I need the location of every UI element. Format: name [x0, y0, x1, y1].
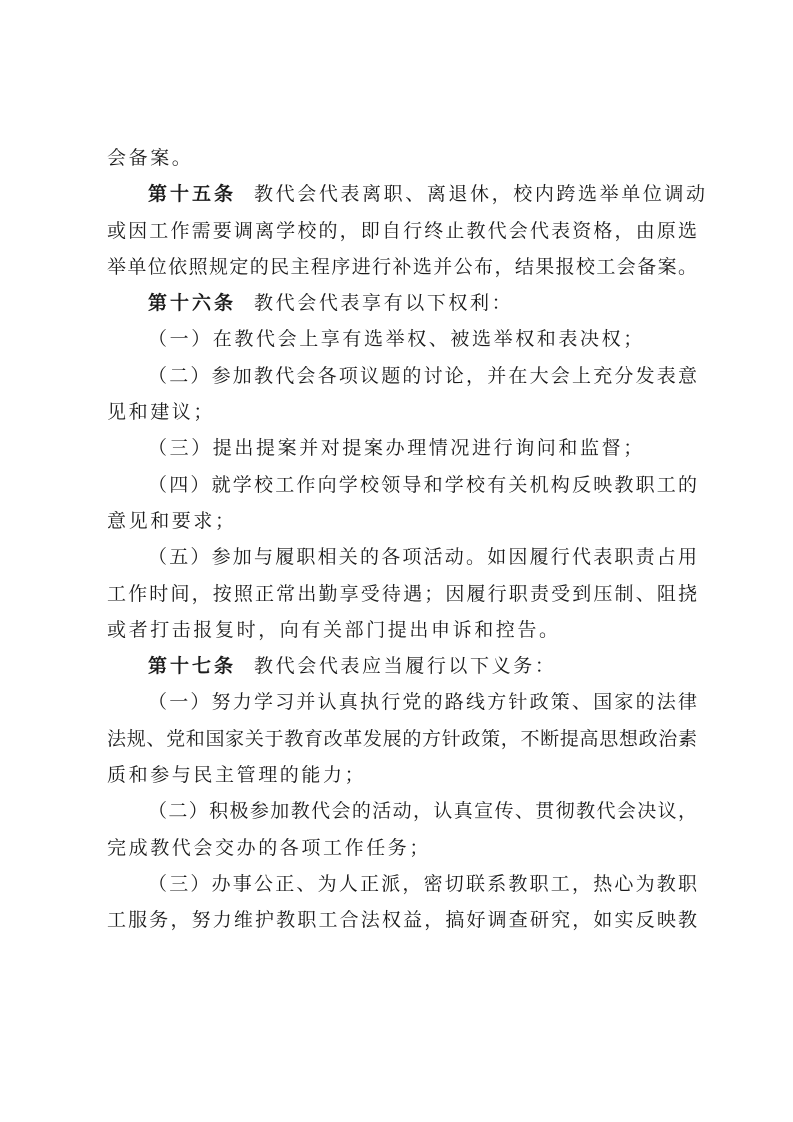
line-text: 或因工作需要调离学校的，即自行终止教代会代表资格，由原选 — [107, 213, 697, 249]
line-text: 质和参与民主管理的能力； — [107, 764, 366, 786]
list-item: （一）努力学习并认真执行党的路线方针政策、国家的法律 — [107, 684, 697, 720]
line-text: 教代会代表应当履行以下义务： — [254, 655, 556, 677]
list-item: （四）就学校工作向学校领导和学校有关机构反映教职工的 — [107, 467, 697, 503]
text-line: 见和建议； — [107, 394, 697, 430]
line-text: （一）努力学习并认真执行党的路线方针政策、国家的法律 — [148, 684, 697, 720]
line-text: （四）就学校工作向学校领导和学校有关机构反映教职工的 — [148, 467, 697, 503]
list-item: （一）在教代会上享有选举权、被选举权和表决权； — [107, 321, 697, 357]
list-item: （二）参加教代会各项议题的讨论，并在大会上充分发表意 — [107, 358, 697, 394]
article-15-line: 第十五条教代会代表离职、离退休，校内跨选举单位调动 — [107, 176, 697, 212]
line-text: 法规、党和国家关于教育改革发展的方针政策，不断提高思想政治素 — [107, 721, 697, 757]
list-item: （二）积极参加教代会的活动，认真宣传、贯彻教代会决议， — [107, 793, 697, 829]
line-text: 工作时间，按照正常出勤享受待遇；因履行职责受到压制、阻挠 — [107, 576, 697, 612]
line-text: 举单位依照规定的民主程序进行补选并公布，结果报校工会备案。 — [107, 249, 697, 285]
list-item: （五）参加与履职相关的各项活动。如因履行代表职责占用 — [107, 539, 697, 575]
article-heading: 第十七条 — [148, 655, 236, 677]
article-heading: 第十五条 — [148, 183, 236, 205]
line-text: 教代会代表享有以下权利： — [254, 292, 513, 314]
text-line: 质和参与民主管理的能力； — [107, 757, 697, 793]
document-page: 会备案。 第十五条教代会代表离职、离退休，校内跨选举单位调动 或因工作需要调离学… — [107, 140, 697, 939]
article-16-line: 第十六条教代会代表享有以下权利： — [107, 285, 697, 321]
line-text: 教代会代表离职、离退休，校内跨选举单位调动 — [254, 183, 708, 205]
line-text: 或者打击报复时，向有关部门提出申诉和控告。 — [107, 619, 561, 641]
article-17-line: 第十七条教代会代表应当履行以下义务： — [107, 648, 697, 684]
text-line: 完成教代会交办的各项工作任务； — [107, 830, 697, 866]
text-line: 或因工作需要调离学校的，即自行终止教代会代表资格，由原选 — [107, 213, 697, 249]
line-text: 意见和要求； — [107, 510, 237, 532]
line-text: 见和建议； — [107, 401, 215, 423]
line-text: （二）参加教代会各项议题的讨论，并在大会上充分发表意 — [148, 358, 697, 394]
line-text: （三）办事公正、为人正派，密切联系教职工，热心为教职 — [148, 866, 697, 902]
line-text: （二）积极参加教代会的活动，认真宣传、贯彻教代会决议， — [148, 793, 697, 829]
text-line: 或者打击报复时，向有关部门提出申诉和控告。 — [107, 612, 697, 648]
line-text: （一）在教代会上享有选举权、被选举权和表决权； — [148, 328, 645, 350]
list-item: （三）提出提案并对提案办理情况进行询问和监督； — [107, 430, 697, 466]
text-line: 意见和要求； — [107, 503, 697, 539]
line-text: （三）提出提案并对提案办理情况进行询问和监督； — [148, 437, 645, 459]
line-text: 完成教代会交办的各项工作任务； — [107, 837, 431, 859]
line-text: 工服务，努力维护教职工合法权益，搞好调查研究，如实反映教 — [107, 902, 697, 938]
text-line: 工服务，努力维护教职工合法权益，搞好调查研究，如实反映教 — [107, 902, 697, 938]
text-line: 法规、党和国家关于教育改革发展的方针政策，不断提高思想政治素 — [107, 721, 697, 757]
line-text: （五）参加与履职相关的各项活动。如因履行代表职责占用 — [148, 539, 697, 575]
text-line: 会备案。 — [107, 140, 697, 176]
text-line: 举单位依照规定的民主程序进行补选并公布，结果报校工会备案。 — [107, 249, 697, 285]
line-text: 会备案。 — [107, 147, 193, 169]
text-line: 工作时间，按照正常出勤享受待遇；因履行职责受到压制、阻挠 — [107, 576, 697, 612]
article-heading: 第十六条 — [148, 292, 236, 314]
list-item: （三）办事公正、为人正派，密切联系教职工，热心为教职 — [107, 866, 697, 902]
